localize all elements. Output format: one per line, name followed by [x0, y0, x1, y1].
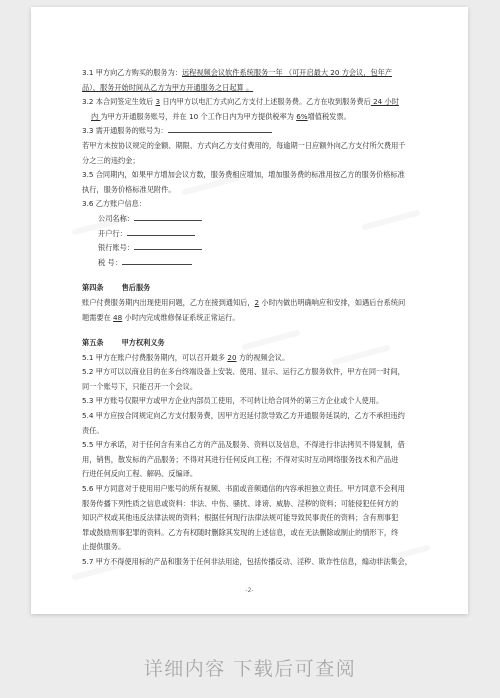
document-page: 3.1 甲方向乙方购买的服务为：远程视频会议软件系统服务一年 （可开启最大 20…: [31, 7, 468, 614]
clause-5-2-cont: 同一个账号下，只能召开一个会议。: [82, 380, 387, 395]
clause-5-5-cont: 用，销售，散发标的产品服务；不得对其进行任何反向工程；不得对实时互动网络服务技术…: [82, 453, 387, 468]
clause-5-1: 5.1 甲方在账户付费服务期内，可以召开最多 20 方的视频会议。: [82, 351, 387, 366]
section-4-text-cont: 题需要在 48 小时内完成维修保证系统正常运行。: [82, 311, 387, 326]
clause-5-6: 5.6 甲方同意对于使用用户账号的所有视频、书面或音频通信的内容承担独立责任。甲…: [82, 482, 387, 497]
clause-5-7: 5.7 甲方不得使用标的产品和服务于任何非法用途，包括传播反动、淫秽、欺诈性信息…: [82, 555, 387, 570]
clause-3-4-cont: 分之三的违约金；: [82, 154, 387, 169]
field-tax-number: 税 号：: [82, 256, 387, 271]
clause-5-6-cont2: 知识产权或其他违反法律法规的资料；根据任何现行法律法规可能导致民事责任的资料；含…: [82, 511, 387, 526]
clause-3-5: 3.5 合同期内，如果甲方增加会议方数，服务费相应增加，增加服务费的标准用按乙方…: [82, 168, 387, 183]
clause-5-3: 5.3 甲方账号仅限甲方或甲方企业内部员工使用，不可转让给合同外的第三方企业或个…: [82, 394, 387, 409]
clause-3-2-cont: 内 为甲方开通服务账号，并在 10 个工作日内为甲方提供税率为 6%增值税发票。: [82, 110, 387, 125]
clause-3-2: 3.2 本合同签定生效后 3 日内甲方以电汇方式向乙方支付上述服务费。乙方在收到…: [82, 95, 387, 110]
clause-3-5-cont: 执行，服务价格标准见附件。: [82, 183, 387, 198]
clause-5-5-cont2: 行进任何反向工程、解码、反编译。: [82, 467, 387, 482]
clause-5-2: 5.2 甲方可以以商业目的在多台终端设备上安装、使用、显示、运行乙方服务软件，甲…: [82, 365, 387, 380]
field-bank-account: 银行账号：: [82, 241, 387, 256]
service-description: 远程视频会议软件系统服务一年 （可开启最大 20 方会议，包年产: [182, 68, 392, 77]
clause-3-1-cont: 品），服务开始时间从乙方为甲方开通服务之日起算 。: [82, 81, 387, 96]
account-number-blank: [168, 124, 272, 133]
clause-5-6-cont: 服务传播下列性质之信息或资料：非法、中伤、骚扰、诽谤、威胁、淫秽的资料；可能侵犯…: [82, 497, 387, 512]
contract-body: 3.1 甲方向乙方购买的服务为：远程视频会议软件系统服务一年 （可开启最大 20…: [82, 66, 387, 570]
clause-5-4: 5.4 甲方应按合同规定向乙方支付服务费，因甲方迟延付款导致乙方开通服务延误的，…: [82, 409, 387, 424]
clause-5-5: 5.5 甲方承诺，对于任何含有来自乙方的产品及服务、资料以及信息，不得进行非法拷…: [82, 438, 387, 453]
page-number: -2-: [31, 587, 468, 594]
clause-5-4-cont: 责任。: [82, 424, 387, 439]
section-5-heading: 第五条甲方权利义务: [82, 336, 387, 351]
clause-5-6-cont4: 止提供服务。: [82, 540, 387, 555]
clause-5-6-cont3: 罪或鼓励刑事犯罪的资料。乙方有权随时删除其发现的上述信息，或在无法删除或制止的情…: [82, 526, 387, 541]
section-4-text: 账户付费服务期内出现使用问题，乙方在接到通知后，2 小时内做出明确响应和安排，如…: [82, 296, 387, 311]
clause-3-6: 3.6 乙方账户信息：: [82, 197, 387, 212]
download-prompt: 详细内容 下载后可查阅: [0, 654, 500, 681]
clause-3-4: 若甲方未按协议规定的金额、期限、方式向乙方支付费用的，每逾期一日应额外向乙方支付…: [82, 139, 387, 154]
clause-3-3: 3.3 需开通服务的账号为：: [82, 124, 387, 139]
field-bank: 开户行：: [82, 227, 387, 242]
section-4-heading: 第四条售后服务: [82, 281, 387, 296]
clause-3-1: 3.1 甲方向乙方购买的服务为：远程视频会议软件系统服务一年 （可开启最大 20…: [82, 66, 387, 81]
field-company-name: 公司名称：: [82, 212, 387, 227]
